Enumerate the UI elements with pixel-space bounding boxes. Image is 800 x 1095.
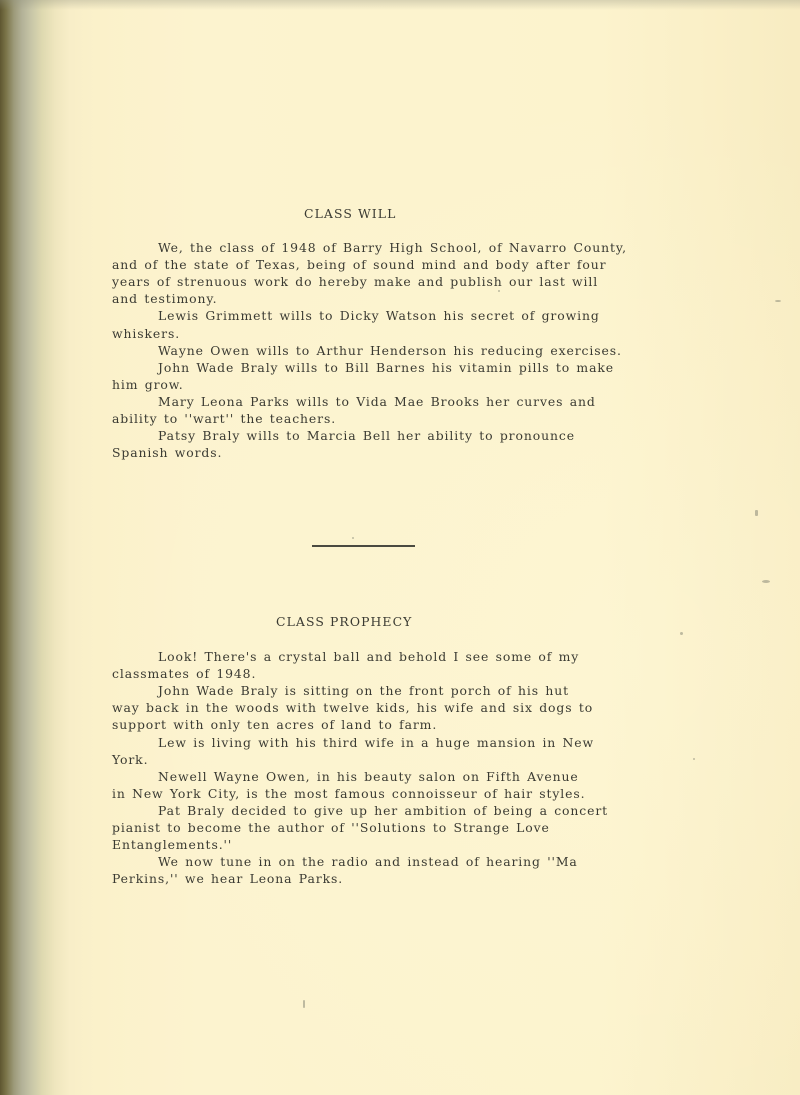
will-line: and of the state of Texas, being of soun… <box>112 256 606 273</box>
prophecy-line: Look! There's a crystal ball and behold … <box>158 648 579 665</box>
paper-speck <box>352 537 354 539</box>
paper-speck <box>303 1000 305 1008</box>
will-line: years of strenuous work do hereby make a… <box>112 273 598 290</box>
prophecy-line: classmates of 1948. <box>112 665 256 682</box>
scanned-yearbook-page: CLASS WILL We, the class of 1948 of Barr… <box>0 0 800 1095</box>
will-line: Wayne Owen wills to Arthur Henderson his… <box>158 342 622 359</box>
paper-speck <box>680 632 683 635</box>
section-divider <box>312 545 415 547</box>
will-line: and testimony. <box>112 290 217 307</box>
prophecy-line: John Wade Braly is sitting on the front … <box>158 682 569 699</box>
prophecy-line: Pat Braly decided to give up her ambitio… <box>158 802 608 819</box>
prophecy-line: Perkins,'' we hear Leona Parks. <box>112 870 343 887</box>
will-line: ability to ''wart'' the teachers. <box>112 410 336 427</box>
class-will-body: We, the class of 1948 of Barry High Scho… <box>112 239 652 469</box>
prophecy-line: in New York City, is the most famous con… <box>112 785 586 802</box>
prophecy-line: support with only ten acres of land to f… <box>112 716 437 733</box>
will-line: We, the class of 1948 of Barry High Scho… <box>158 239 627 256</box>
prophecy-line: York. <box>112 751 148 768</box>
class-will-heading: CLASS WILL <box>304 206 396 221</box>
paper-speck <box>693 758 695 760</box>
paper-speck <box>755 510 758 516</box>
paper-speck <box>775 300 781 302</box>
prophecy-line: pianist to become the author of ''Soluti… <box>112 819 550 836</box>
will-line: him grow. <box>112 376 184 393</box>
prophecy-line: way back in the woods with twelve kids, … <box>112 699 593 716</box>
will-line: Patsy Braly wills to Marcia Bell her abi… <box>158 427 575 444</box>
class-prophecy-body: Look! There's a crystal ball and behold … <box>112 648 652 893</box>
will-line: Mary Leona Parks wills to Vida Mae Brook… <box>158 393 596 410</box>
paper-speck <box>498 290 500 292</box>
prophecy-line: Entanglements.'' <box>112 836 232 853</box>
prophecy-line: Lew is living with his third wife in a h… <box>158 734 594 751</box>
will-line: John Wade Braly wills to Bill Barnes his… <box>158 359 614 376</box>
will-line: Lewis Grimmett wills to Dicky Watson his… <box>158 307 600 324</box>
will-line: Spanish words. <box>112 444 222 461</box>
prophecy-line: We now tune in on the radio and instead … <box>158 853 578 870</box>
paper-speck <box>762 580 770 583</box>
class-prophecy-heading: CLASS PROPHECY <box>276 614 412 629</box>
prophecy-line: Newell Wayne Owen, in his beauty salon o… <box>158 768 579 785</box>
will-line: whiskers. <box>112 325 180 342</box>
